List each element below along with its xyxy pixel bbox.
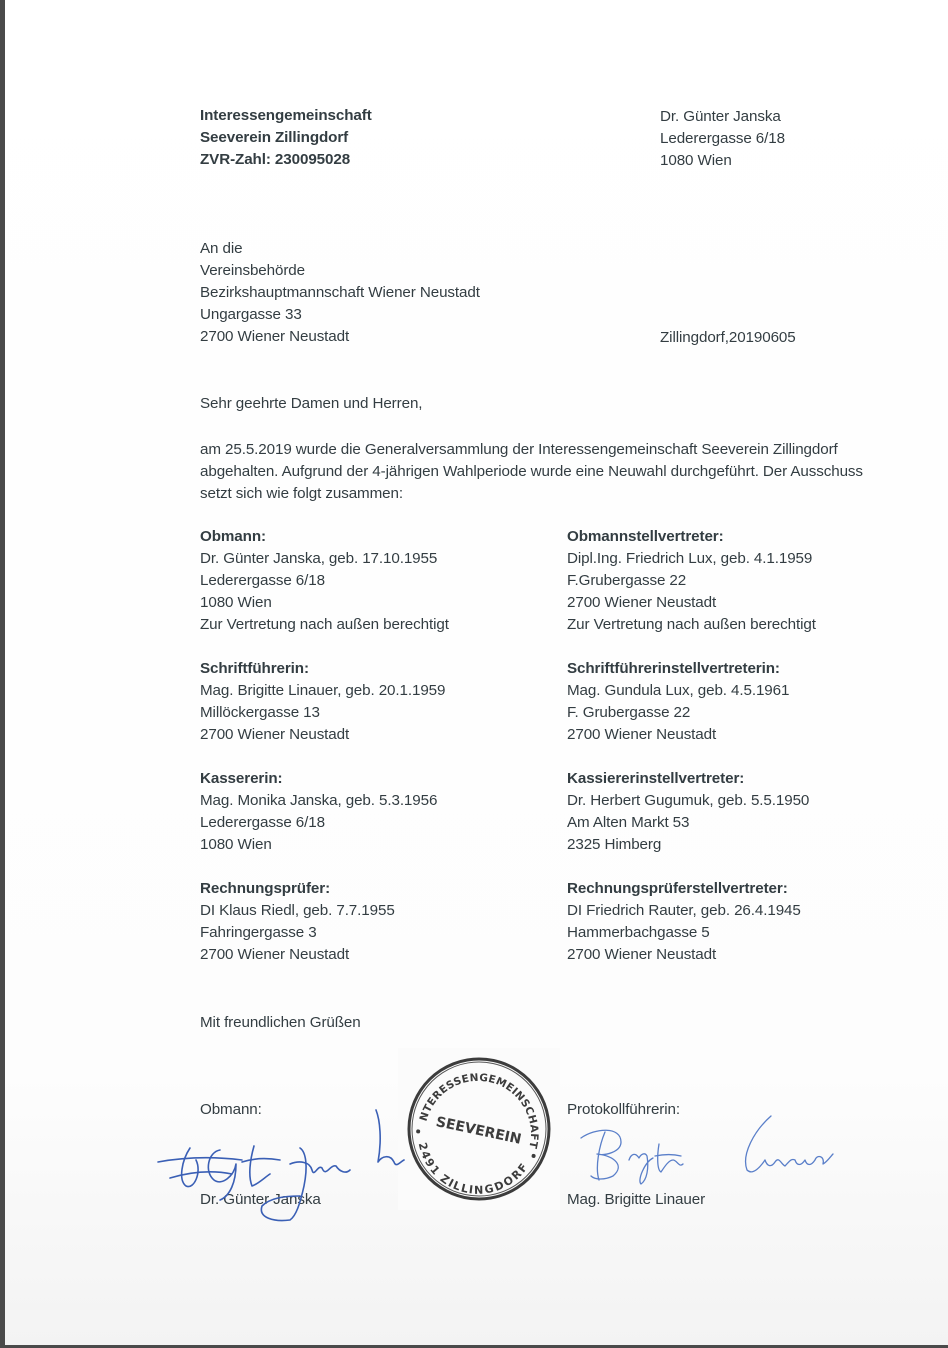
committee-member-obmannstellvertreter: Obmannstellvertreter: Dipl.Ing. Friedric… (567, 526, 816, 636)
committee-detail: Mag. Gundula Lux, geb. 4.5.1961 (567, 680, 789, 702)
body-line: am 25.5.2019 wurde die Generalversammlun… (200, 439, 863, 461)
committee-member-schriftfuehrerin: Schriftführerin: Mag. Brigitte Linauer, … (200, 658, 445, 746)
recipient-line: Ungargasse 33 (200, 304, 480, 326)
svg-text:SEEVEREIN: SEEVEREIN (434, 1114, 522, 1148)
closing: Mit freundlichen Grüßen (200, 1012, 361, 1034)
committee-member-kassiererinstellvertreter: Kassiererinstellvertreter: Dr. Herbert G… (567, 768, 809, 856)
committee-detail: Lederergasse 6/18 (200, 812, 437, 834)
body-line: abgehalten. Aufgrund der 4-jährigen Wahl… (200, 461, 863, 483)
sender-person-city: 1080 Wien (660, 150, 785, 172)
sender-person-street: Lederergasse 6/18 (660, 128, 785, 150)
committee-detail: Fahringergasse 3 (200, 922, 395, 944)
committee-detail: 1080 Wien (200, 592, 449, 614)
committee-detail: 2700 Wiener Neustadt (567, 724, 789, 746)
recipient-line: Bezirkshauptmannschaft Wiener Neustadt (200, 282, 480, 304)
sender-org-name: Interessengemeinschaft (200, 105, 372, 127)
sender-org-subname: Seeverein Zillingdorf (200, 127, 372, 149)
recipient-address: An die Vereinsbehörde Bezirkshauptmannsc… (200, 238, 480, 348)
sender-org-block: Interessengemeinschaft Seeverein Zilling… (200, 105, 372, 171)
sender-person-name: Dr. Günter Janska (660, 106, 785, 128)
committee-role: Kassererin: (200, 768, 437, 790)
committee-member-rechnungspruefersteellvertreter: Rechnungsprüferstellvertreter: DI Friedr… (567, 878, 801, 966)
committee-detail: F. Grubergasse 22 (567, 702, 789, 724)
committee-member-obmann: Obmann: Dr. Günter Janska, geb. 17.10.19… (200, 526, 449, 636)
salutation: Sehr geehrte Damen und Herren, (200, 393, 422, 415)
committee-detail: Dr. Günter Janska, geb. 17.10.1955 (200, 548, 449, 570)
sender-zvr-number: ZVR-Zahl: 230095028 (200, 149, 372, 171)
committee-detail: F.Grubergasse 22 (567, 570, 816, 592)
signature-right-name: Mag. Brigitte Linauer (567, 1189, 705, 1211)
committee-detail: DI Klaus Riedl, geb. 7.7.1955 (200, 900, 395, 922)
committee-role: Obmann: (200, 526, 449, 548)
committee-role: Schriftführerinstellvertreterin: (567, 658, 789, 680)
letter-body: am 25.5.2019 wurde die Generalversammlun… (200, 439, 863, 505)
committee-member-schriftfuehrerinstellvertreterin: Schriftführerinstellvertreterin: Mag. Gu… (567, 658, 789, 746)
committee-detail: Hammerbachgasse 5 (567, 922, 801, 944)
committee-detail: Mag. Brigitte Linauer, geb. 20.1.1959 (200, 680, 445, 702)
committee-detail: Zur Vertretung nach außen berechtigt (567, 614, 816, 636)
committee-role: Kassiererinstellvertreter: (567, 768, 809, 790)
document-page: Interessengemeinschaft Seeverein Zilling… (5, 0, 948, 1345)
signature-protokollfuehrerin-icon (575, 1110, 845, 1190)
committee-role: Obmannstellvertreter: (567, 526, 816, 548)
committee-detail: Am Alten Markt 53 (567, 812, 809, 834)
sender-person-block: Dr. Günter Janska Lederergasse 6/18 1080… (660, 106, 785, 172)
committee-role: Rechnungsprüferstellvertreter: (567, 878, 801, 900)
committee-detail: Millöckergasse 13 (200, 702, 445, 724)
committee-detail: Mag. Monika Janska, geb. 5.3.1956 (200, 790, 437, 812)
place-date: Zillingdorf,20190605 (660, 327, 796, 349)
recipient-line: An die (200, 238, 480, 260)
recipient-line: Vereinsbehörde (200, 260, 480, 282)
committee-detail: Zur Vertretung nach außen berechtigt (200, 614, 449, 636)
signature-obmann-icon (150, 1100, 410, 1225)
body-line: setzt sich wie folgt zusammen: (200, 483, 863, 505)
committee-detail: 2700 Wiener Neustadt (200, 944, 395, 966)
committee-member-kassererin: Kassererin: Mag. Monika Janska, geb. 5.3… (200, 768, 437, 856)
committee-role: Schriftführerin: (200, 658, 445, 680)
committee-detail: Dr. Herbert Gugumuk, geb. 5.5.1950 (567, 790, 809, 812)
committee-detail: 2700 Wiener Neustadt (567, 944, 801, 966)
committee-detail: Dipl.Ing. Friedrich Lux, geb. 4.1.1959 (567, 548, 816, 570)
committee-detail: DI Friedrich Rauter, geb. 26.4.1945 (567, 900, 801, 922)
committee-detail: 2700 Wiener Neustadt (200, 724, 445, 746)
committee-role: Rechnungsprüfer: (200, 878, 395, 900)
recipient-line: 2700 Wiener Neustadt (200, 326, 480, 348)
committee-detail: 1080 Wien (200, 834, 437, 856)
committee-detail: 2700 Wiener Neustadt (567, 592, 816, 614)
association-stamp-icon: INTERESSENGEMEINSCHAFT SEEVEREIN 2491 ZI… (398, 1048, 560, 1210)
committee-member-rechnungspruefer: Rechnungsprüfer: DI Klaus Riedl, geb. 7.… (200, 878, 395, 966)
committee-detail: Lederergasse 6/18 (200, 570, 449, 592)
committee-detail: 2325 Himberg (567, 834, 809, 856)
